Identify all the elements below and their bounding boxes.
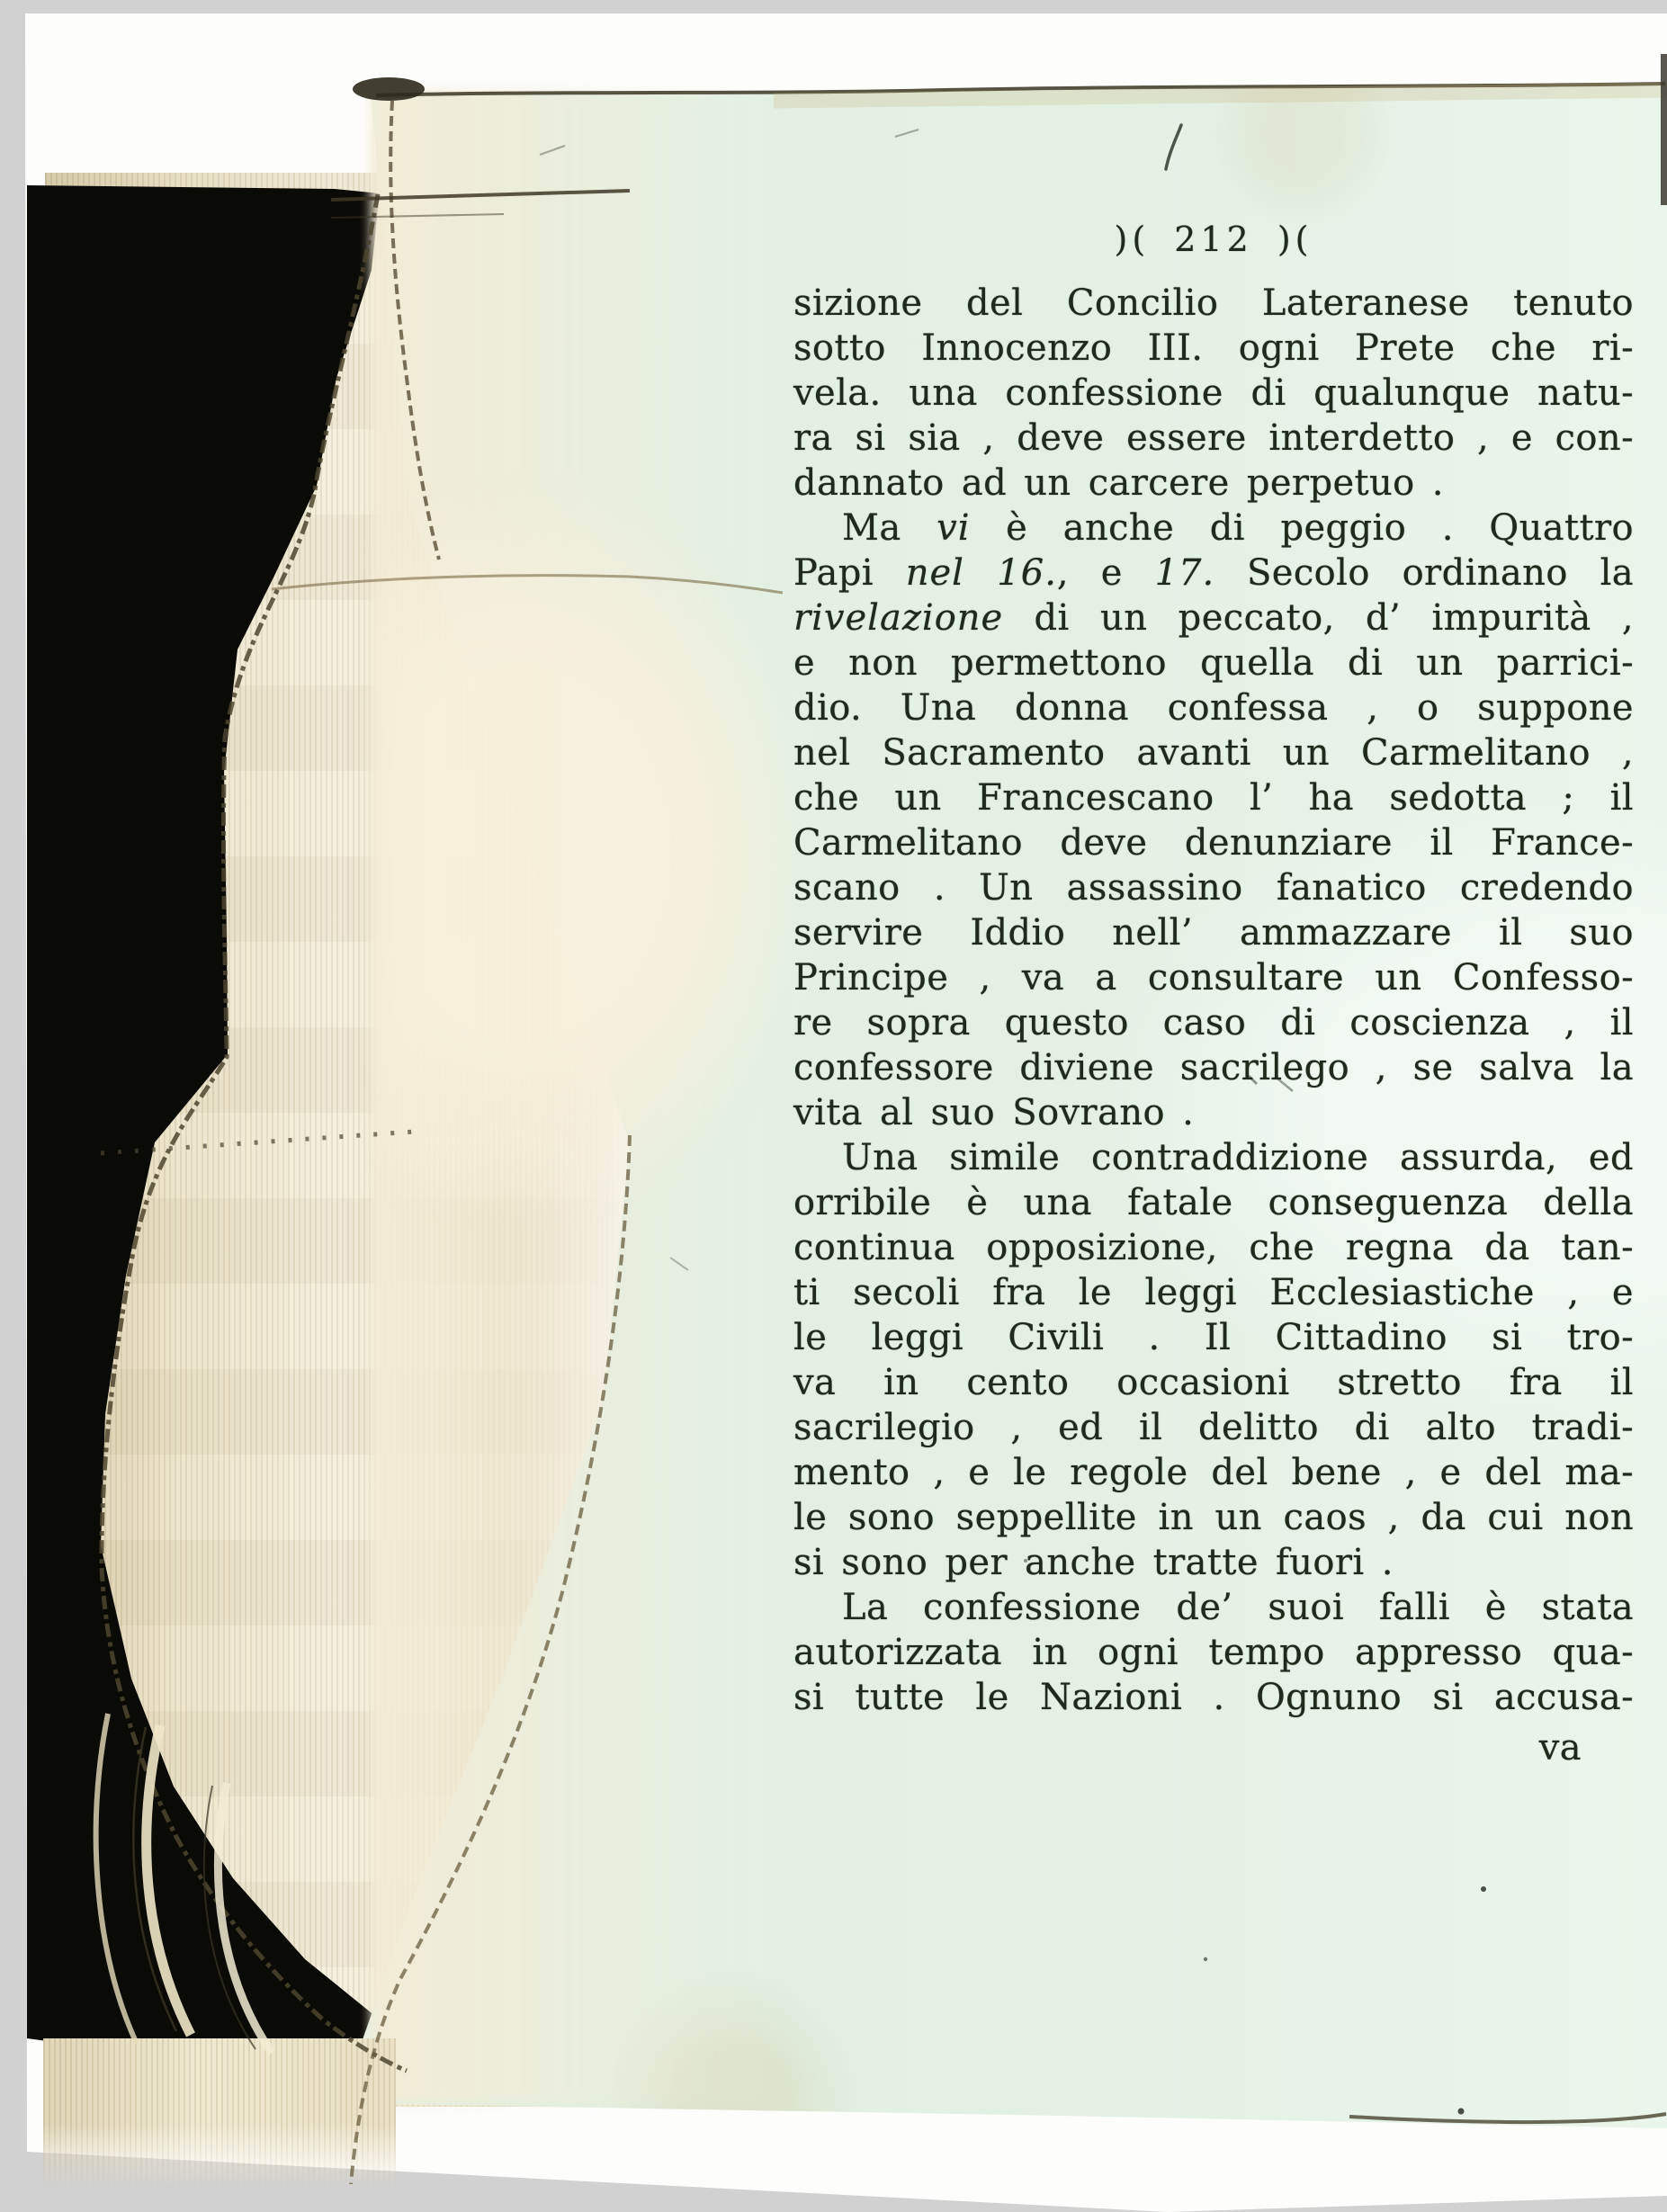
text-line: sizione del Concilio Lateranese tenuto <box>793 281 1634 326</box>
text-line: Principe , va a consultare un Confesso- <box>793 955 1634 1000</box>
text-line: mento , e le regole del bene , e del ma- <box>793 1450 1634 1495</box>
text-line: che un Francescano l’ ha sedotta ; il <box>793 775 1634 820</box>
text-line: rivelazione di un peccato, d’ impurità , <box>793 596 1634 640</box>
text-line: dannato ad un carcere perpetuo . <box>793 461 1634 506</box>
text-line: Una simile contraddizione assurda, ed <box>793 1135 1634 1180</box>
book-scan-photo: )( 212 )( sizione del Concilio Lateranes… <box>0 0 1667 2212</box>
text-line: e non permettono quella di un parrici- <box>793 640 1634 685</box>
text-line: va in cento occasioni stretto fra il <box>793 1360 1634 1405</box>
text-line: re sopra questo caso di coscienza , il <box>793 1000 1634 1045</box>
text-line: continua opposizione, che regna da tan- <box>793 1225 1634 1270</box>
text-line: sacrilegio , ed il delitto di alto tradi… <box>793 1405 1634 1450</box>
text-line: Ma vi è anche di peggio . Quattro <box>793 506 1634 551</box>
text-line: vela. una confessione di qualunque natu- <box>793 371 1634 416</box>
text-line: le leggi Civili . Il Cittadino si tro- <box>793 1315 1634 1360</box>
text-line: orribile è una fatale conseguenza della <box>793 1180 1634 1225</box>
spine-bulge-highlight <box>382 493 814 1213</box>
text-line: autorizzata in ogni tempo appresso qua- <box>793 1630 1634 1675</box>
text-line: si sono per anche tratte fuori . <box>793 1540 1634 1585</box>
text-line: nel Sacramento avanti un Carmelitano , <box>793 730 1634 775</box>
text-line: Papi nel 16., e 17. Secolo ordinano la <box>793 551 1634 596</box>
text-line: ti secoli fra le leggi Ecclesiastiche , … <box>793 1270 1634 1315</box>
text-line: confessore diviene sacrilego , se salva … <box>793 1045 1634 1090</box>
text-line: vita al suo Sovrano . <box>793 1090 1634 1135</box>
text-line: scano . Un assassino fanatico credendo <box>793 865 1634 910</box>
text-line: La confessione de’ suoi falli è stata <box>793 1585 1634 1630</box>
text-line: dio. Una donna confessa , o suppone <box>793 685 1634 730</box>
printed-text-block: )( 212 )( sizione del Concilio Lateranes… <box>793 219 1634 1803</box>
catchword: va <box>793 1725 1634 1770</box>
text-line: ra si sia , deve essere interdetto , e c… <box>793 416 1634 461</box>
text-lines: sizione del Concilio Lateranese tenutoso… <box>793 281 1634 1770</box>
binding-fiber-foot <box>43 2038 396 2193</box>
page-number: )( 212 )( <box>793 219 1634 259</box>
text-line: le sono seppellite in un caos , da cui n… <box>793 1495 1634 1540</box>
text-line: Carmelitano deve denunziare il France- <box>793 820 1634 865</box>
text-line: si tutte le Nazioni . Ognuno si accusa- <box>793 1675 1634 1720</box>
text-line: servire Iddio nell’ ammazzare il suo <box>793 910 1634 955</box>
text-line: sotto Innocenzo III. ogni Prete che ri- <box>793 326 1634 371</box>
